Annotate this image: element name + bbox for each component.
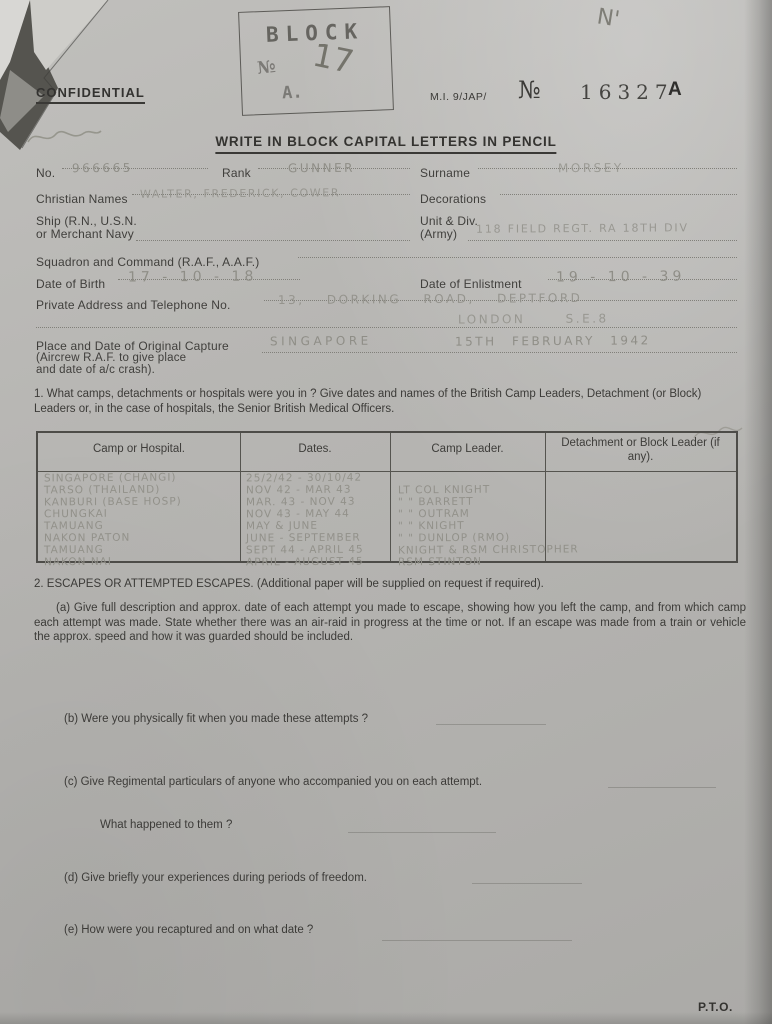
question-2c-text: (c) Give Regimental particulars of anyon…	[64, 775, 482, 790]
table-row-dates: NOV 43 - MAY 44	[246, 508, 350, 521]
field-value-dob: 17 - 10 - 18	[128, 269, 257, 286]
stamp-prefix: A.	[282, 83, 303, 104]
field-label-capture-2: (Aircrew R.A.F. to give place	[36, 352, 186, 364]
field-label-unit-2: (Army)	[420, 227, 457, 241]
serial-number: 16327	[580, 80, 674, 104]
table-row-dates: SEPT 44 - APRIL 45	[246, 544, 364, 557]
table-row-leader: RSM STINTON	[398, 556, 482, 569]
field-value-christian-names: WALTER, FREDERICK, COWER	[140, 186, 340, 200]
stamp-no-symbol: №	[256, 57, 277, 79]
field-label-christian-names: Christian Names	[36, 192, 128, 206]
field-line-decorations	[500, 181, 737, 195]
table-row-leader: " " DUNLOP (RMO)	[398, 532, 510, 545]
field-value-enlistment: 19 - 10 - 39	[556, 269, 685, 286]
scan-bottom-edge-shadow	[0, 1012, 772, 1024]
question-2c2-text: What happened to them ?	[100, 818, 232, 833]
table-row-dates: MAY & JUNE	[246, 520, 318, 533]
field-value-address-2: LONDON S.E.8	[458, 311, 609, 326]
series-letter: A	[668, 79, 682, 101]
field-value-capture-date: 15TH FEBRUARY 1942	[455, 333, 651, 348]
scanned-pow-questionnaire-page: BLOCK № A. 17 N' CONFIDENTIAL M.I. 9/JAP…	[0, 0, 772, 1024]
table-row-camp: TARSO (THAILAND)	[44, 484, 160, 497]
answer-line-2d	[472, 881, 582, 884]
table-row-camp: SINGAPORE (CHANGI)	[44, 472, 177, 485]
table-row-leader: " " BARRETT	[398, 496, 474, 509]
table-row-leader: LT COL KNIGHT	[398, 484, 490, 497]
field-label-address: Private Address and Telephone No.	[36, 298, 231, 312]
form-title-wrap: WRITE IN BLOCK CAPITAL LETTERS IN PENCIL	[215, 133, 556, 151]
scan-right-edge-shadow	[744, 0, 772, 1024]
table-row-leader: " " OUTRAM	[398, 508, 470, 521]
field-value-unit: 118 FIELD REGT. RA 18TH DIV	[476, 221, 689, 235]
field-line-ship	[136, 227, 410, 241]
table-row-camp: NAKON PATON	[44, 532, 130, 545]
table-row-dates: JUNE - SEPTEMBER	[246, 532, 361, 545]
table-row-dates: MAR. 43 - NOV 43	[246, 496, 356, 509]
field-line-address-2	[36, 314, 737, 328]
question-1-text: 1. What camps, detachments or hospitals …	[34, 387, 742, 416]
field-label-unit-1: Unit & Div.	[420, 214, 478, 228]
classification-label: CONFIDENTIAL	[36, 85, 145, 104]
answer-line-2e	[382, 938, 572, 941]
field-value-capture-place: SINGAPORE	[270, 334, 372, 349]
table-row-leader: " " KNIGHT	[398, 520, 465, 532]
answer-line-2c2	[348, 830, 496, 833]
question-2b-text: (b) Were you physically fit when you mad…	[64, 712, 368, 727]
table-header-camp: Camp or Hospital.	[38, 443, 240, 455]
question-2e-text: (e) How were you recaptured and on what …	[64, 923, 313, 938]
form-reference: M.I. 9/JAP/	[430, 91, 487, 103]
table-row-camp: TAMUANG	[44, 544, 104, 556]
field-label-rank: Rank	[222, 166, 251, 180]
question-2d-text: (d) Give briefly your experiences during…	[64, 871, 367, 886]
field-label-decorations: Decorations	[420, 192, 486, 206]
section-2-heading: 2. ESCAPES OR ATTEMPTED ESCAPES. (Additi…	[34, 577, 744, 592]
answer-line-2c	[608, 785, 716, 788]
table-row-dates: APRIL - AUGUST 45	[246, 556, 364, 569]
field-label-surname: Surname	[420, 166, 470, 180]
field-label-ship-1: Ship (R.N., U.S.N.	[36, 214, 137, 228]
table-row-dates: NOV 42 - MAR 43	[246, 484, 352, 497]
field-value-surname: MORSEY	[558, 161, 624, 175]
table-row-camp: KANBURI (BASE HOSP)	[44, 496, 182, 509]
table-row-dates: 25/2/42 - 30/10/42	[246, 472, 362, 485]
table-row-camp: TAMUANG	[44, 520, 104, 532]
field-value-rank: GUNNER	[288, 161, 355, 175]
field-line-squadron	[298, 244, 737, 258]
serial-no-symbol: №	[518, 76, 541, 104]
field-label-capture-3: and date of a/c crash).	[36, 364, 155, 376]
field-label-capture-1: Place and Date of Original Capture	[36, 339, 229, 353]
question-2a-text: (a) Give full description and approx. da…	[34, 601, 746, 645]
form-title: WRITE IN BLOCK CAPITAL LETTERS IN PENCIL	[215, 134, 556, 154]
table-col-divider-3	[545, 433, 546, 561]
table-header-leader: Camp Leader.	[390, 443, 545, 455]
answer-line-2b	[436, 722, 546, 725]
pencil-scribble-left	[24, 124, 104, 150]
field-value-address-1: 13, DORKING ROAD, DEPTFORD	[278, 291, 582, 307]
field-label-no: No.	[36, 166, 55, 180]
field-label-dob: Date of Birth	[36, 277, 105, 291]
block-number-stamp: BLOCK № A. 17	[238, 6, 394, 116]
table-header-detachment: Detachment or Block Leader (if any).	[550, 437, 731, 464]
stamp-handwritten-number: 17	[309, 36, 357, 82]
field-value-no: 966665	[72, 161, 133, 175]
table-row-camp: NAKON NAI	[44, 556, 112, 568]
table-row-camp: CHUNGKAI	[44, 508, 108, 520]
field-label-ship-2: or Merchant Navy	[36, 227, 134, 241]
table-header-dates: Dates.	[240, 443, 390, 455]
pencil-mark-top-right: N'	[595, 4, 621, 32]
table-row-leader: KNIGHT & RSM CHRISTOPHER	[398, 543, 579, 556]
